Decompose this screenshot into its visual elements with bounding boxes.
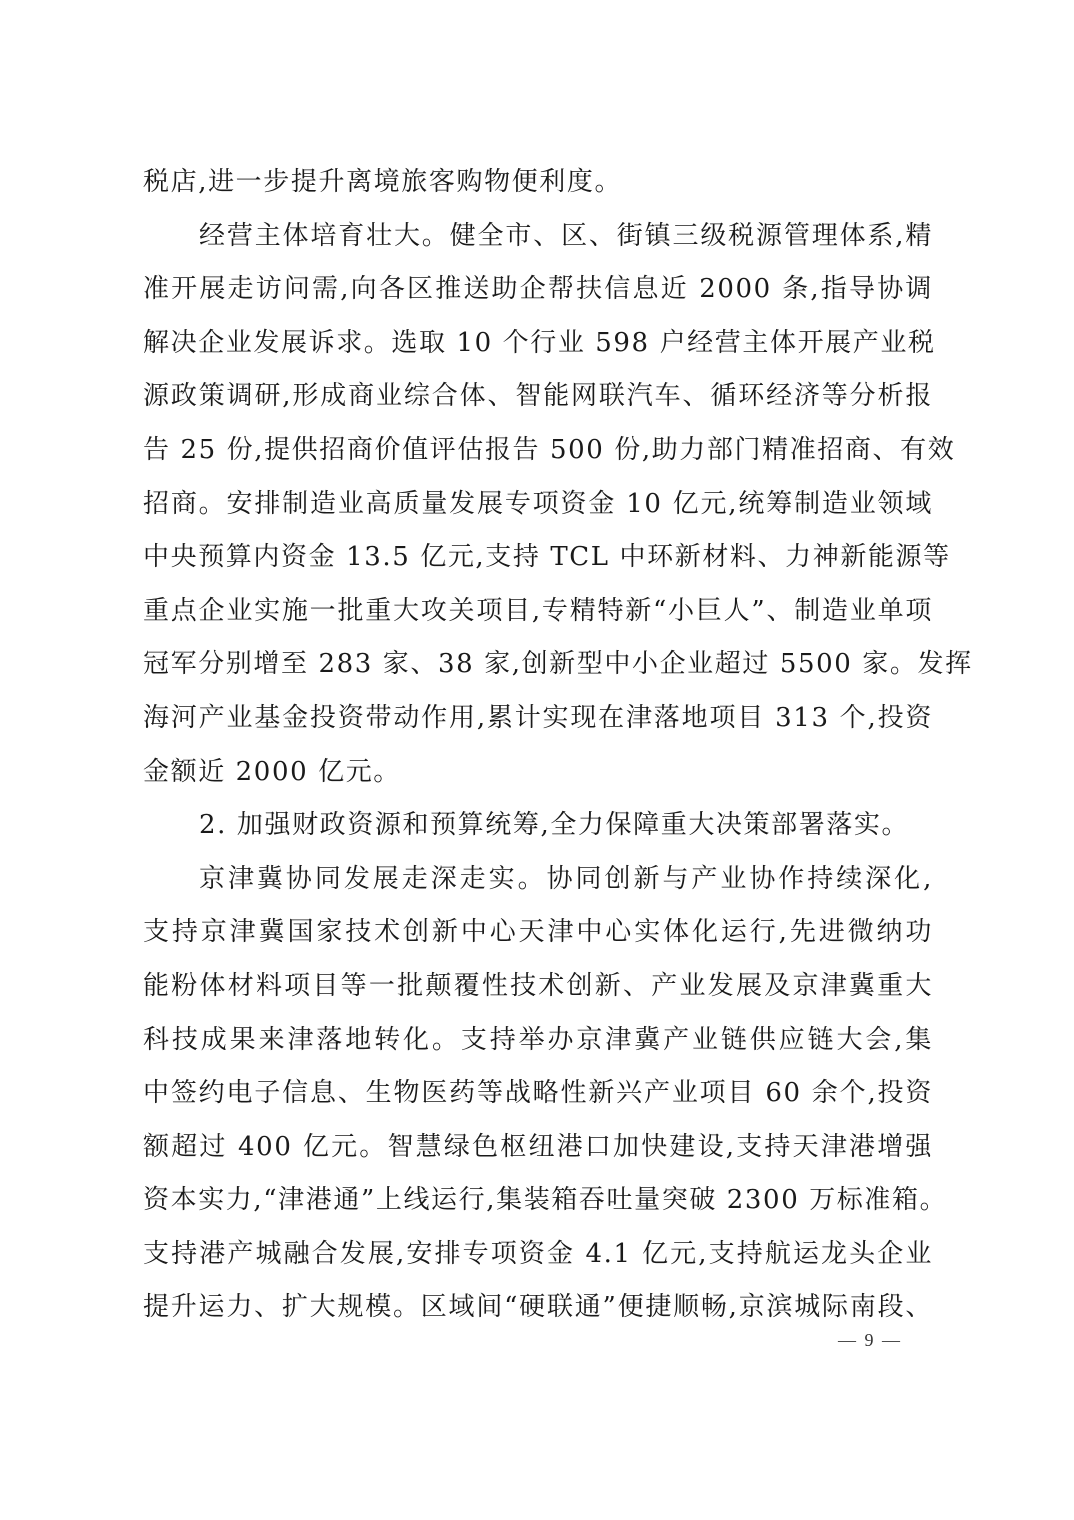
text-line: 支持港产城融合发展,安排专项资金 4.1 亿元,支持航运龙头企业 <box>143 1228 933 1282</box>
section-heading: 2. 加强财政资源和预算统筹,全力保障重大决策部署落实。 <box>143 799 933 853</box>
text-line: 招商。安排制造业高质量发展专项资金 10 亿元,统筹制造业领域 <box>143 478 933 532</box>
paragraph-jingjinji: 京津冀协同发展走深走实。协同创新与产业协作持续深化, 支持京津冀国家技术创新中心… <box>143 853 933 1335</box>
text-line: 源政策调研,形成商业综合体、智能网联汽车、循环经济等分析报 <box>143 370 933 424</box>
text-line: 中签约电子信息、生物医药等战略性新兴产业项目 60 余个,投资 <box>143 1067 933 1121</box>
text-line: 京津冀协同发展走深走实。协同创新与产业协作持续深化, <box>143 853 933 907</box>
page-number: — 9 — <box>838 1330 902 1351</box>
document-body: 税店,进一步提升离境旅客购物便利度。 经营主体培育壮大。健全市、区、街镇三级税源… <box>143 156 933 1335</box>
paragraph-continuation: 税店,进一步提升离境旅客购物便利度。 <box>143 156 933 210</box>
text-line: 解决企业发展诉求。选取 10 个行业 598 户经营主体开展产业税 <box>143 317 933 371</box>
text-line: 提升运力、扩大规模。区域间“硬联通”便捷顺畅,京滨城际南段、 <box>143 1281 933 1335</box>
text-line: 准开展走访问需,向各区推送助企帮扶信息近 2000 条,指导协调 <box>143 263 933 317</box>
text-line: 海河产业基金投资带动作用,累计实现在津落地项目 313 个,投资 <box>143 692 933 746</box>
paragraph-business-entities: 经营主体培育壮大。健全市、区、街镇三级税源管理体系,精 准开展走访问需,向各区推… <box>143 210 933 800</box>
text-line: 2. 加强财政资源和预算统筹,全力保障重大决策部署落实。 <box>143 799 933 853</box>
text-line: 冠军分别增至 283 家、38 家,创新型中小企业超过 5500 家。发挥 <box>143 638 933 692</box>
text-line: 科技成果来津落地转化。支持举办京津冀产业链供应链大会,集 <box>143 1014 933 1068</box>
text-line: 经营主体培育壮大。健全市、区、街镇三级税源管理体系,精 <box>143 210 933 264</box>
text-line: 中央预算内资金 13.5 亿元,支持 TCL 中环新材料、力神新能源等 <box>143 531 933 585</box>
text-line: 额超过 400 亿元。智慧绿色枢纽港口加快建设,支持天津港增强 <box>143 1121 933 1175</box>
text-line: 告 25 份,提供招商价值评估报告 500 份,助力部门精准招商、有效 <box>143 424 933 478</box>
text-line: 资本实力,“津港通”上线运行,集装箱吞吐量突破 2300 万标准箱。 <box>143 1174 933 1228</box>
text-line: 税店,进一步提升离境旅客购物便利度。 <box>143 156 933 210</box>
text-line: 能粉体材料项目等一批颠覆性技术创新、产业发展及京津冀重大 <box>143 960 933 1014</box>
text-line: 金额近 2000 亿元。 <box>143 746 933 800</box>
text-line: 重点企业实施一批重大攻关项目,专精特新“小巨人”、制造业单项 <box>143 585 933 639</box>
text-line: 支持京津冀国家技术创新中心天津中心实体化运行,先进微纳功 <box>143 906 933 960</box>
